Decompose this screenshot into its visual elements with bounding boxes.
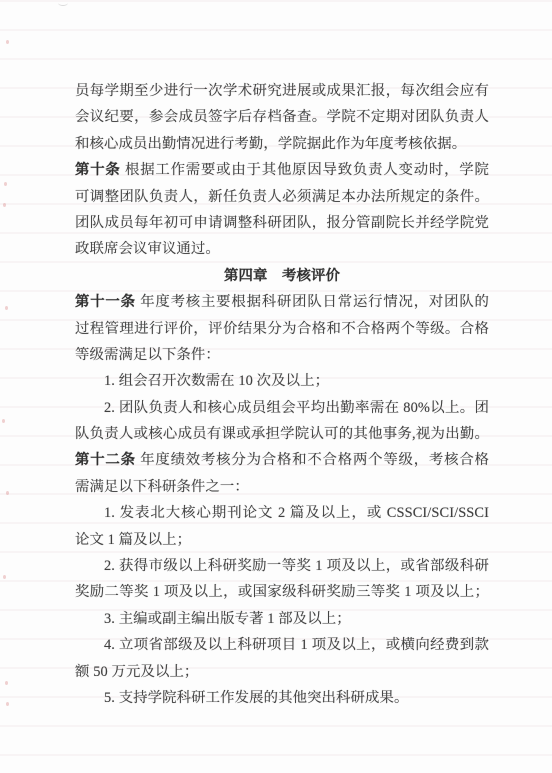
scan-speck xyxy=(5,681,8,685)
text-line: 和核心成员出勤情况进行考勤，学院据此作为年度考核依据。 xyxy=(75,131,489,157)
scan-speck xyxy=(5,306,8,310)
text-line: 需满足以下科研条件之一： xyxy=(75,474,489,500)
scan-speck xyxy=(3,575,6,579)
text-line: 4. 立项省部级及以上科研项目 1 项及以上，或横向经费到款 xyxy=(75,632,489,658)
scan-speck xyxy=(6,491,9,495)
text-line: 额 50 万元及以上； xyxy=(75,659,489,685)
scan-speck xyxy=(4,182,7,186)
chapter-heading: 第四章 考核评价 xyxy=(75,263,489,289)
document-body: 员每学期至少进行一次学术研究进展或成果汇报，每次组会应有会议纪要，参会成员签字后… xyxy=(75,78,489,711)
text-line: 可调整团队负责人，新任负责人必须满足本办法所规定的条件。 xyxy=(75,184,489,210)
text-line: 队负责人或核心成员有课或承担学院认可的其他事务,视为出勤。 xyxy=(75,421,489,447)
scan-speck xyxy=(2,419,5,423)
text-line: 论文 1 篇及以上； xyxy=(75,527,489,553)
text-line: 奖励二等奖 1 项及以上，或国家级科研奖励三等奖 1 项及以上； xyxy=(75,579,489,605)
text-line: 2. 团队负责人和核心成员组会平均出勤率需在 80%以上。团 xyxy=(75,395,489,421)
text-line: 政联席会议审议通过。 xyxy=(75,236,489,262)
text-line: 第十一条 年度考核主要根据科研团队日常运行情况，对团队的 xyxy=(75,289,489,315)
text-line: 1. 组会召开次数需在 10 次及以上； xyxy=(75,368,489,394)
text-line: 1. 发表北大核心期刊论文 2 篇及以上，或 CSSCI/SCI/SSCI xyxy=(75,500,489,526)
text-line: 第十条 根据工作需要或由于其他原因导致负责人变动时，学院 xyxy=(75,157,489,183)
article-number: 第十条 xyxy=(75,162,121,178)
text-line: 会议纪要，参会成员签字后存档备查。学院不定期对团队负责人 xyxy=(75,104,489,130)
text-line: 第十二条 年度绩效考核分为合格和不合格两个等级，考核合格 xyxy=(75,447,489,473)
text-line: 5. 支持学院科研工作发展的其他突出科研成果。 xyxy=(75,685,489,711)
text-line: 过程管理进行评价，评价结果分为合格和不合格两个等级。合格 xyxy=(75,316,489,342)
text-line: 2. 获得市级以上科研奖励一等奖 1 项及以上，或省部级科研 xyxy=(75,553,489,579)
scan-speck xyxy=(3,203,6,207)
scan-smudge xyxy=(58,0,68,6)
article-number: 第十一条 xyxy=(75,294,136,310)
scanned-document-page: { "page": { "background": "#fdfdfd", "te… xyxy=(0,0,552,773)
text-line: 等级需满足以下条件： xyxy=(75,342,489,368)
scan-speck xyxy=(6,40,9,44)
article-number: 第十二条 xyxy=(75,452,136,468)
text-line: 团队成员每年初可申请调整科研团队，报分管副院长并经学院党 xyxy=(75,210,489,236)
scan-speck xyxy=(6,702,9,706)
text-line: 员每学期至少进行一次学术研究进展或成果汇报，每次组会应有 xyxy=(75,78,489,104)
text-line: 3. 主编或副主编出版专著 1 部及以上； xyxy=(75,606,489,632)
